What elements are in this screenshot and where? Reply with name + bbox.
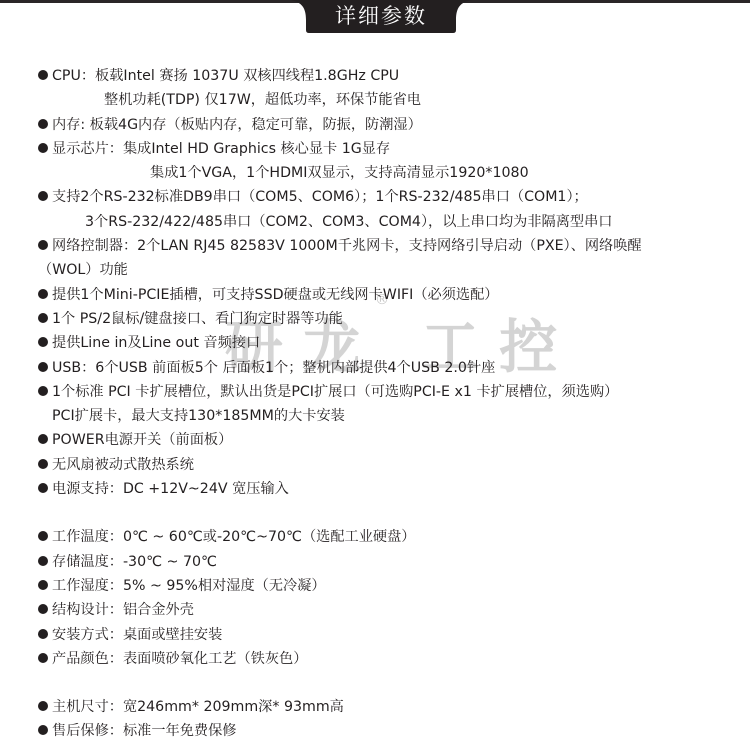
spec-serial: 支持2个RS-232标准DB9串口（COM5、COM6）；1个RS-232/48… <box>38 185 738 209</box>
spec-text: （WOL）功能 <box>38 262 128 278</box>
spec-text: 显示芯片：集成Intel HD Graphics 核心显卡 1G显存 <box>52 141 390 157</box>
bullet-icon <box>38 556 48 566</box>
spec-color: 产品颜色：表面喷砂氧化工艺（铁灰色） <box>38 647 738 671</box>
bullet-icon <box>38 143 48 153</box>
bullet-icon <box>38 434 48 444</box>
spec-storage-temp: 存储温度：-30℃ ~ 70℃ <box>38 550 738 574</box>
bullet-icon <box>38 362 48 372</box>
spec-text: 内存: 板载4G内存（板贴内存，稳定可靠，防振，防潮湿） <box>52 117 422 133</box>
bullet-icon <box>38 240 48 250</box>
spacer <box>38 671 738 695</box>
bullet-icon <box>38 483 48 493</box>
spec-text: CPU：板载Intel 赛扬 1037U 双核四线程1.8GHz CPU <box>52 68 399 84</box>
spec-text: 安装方式：桌面或壁挂安装 <box>52 627 222 643</box>
spec-dimensions: 主机尺寸：宽246mm* 209mm深* 93mm高 <box>38 695 738 719</box>
spec-warranty: 售后保修：标准一年免费保修 <box>38 719 738 743</box>
spacer <box>38 501 738 525</box>
spec-network-cont: （WOL）功能 <box>38 258 738 282</box>
spec-ps2: 1个 PS/2鼠标/键盘接口、看门狗定时器等功能 <box>38 307 738 331</box>
spec-cooling: 无风扇被动式散热系统 <box>38 453 738 477</box>
spec-text: 存储温度：-30℃ ~ 70℃ <box>52 554 217 570</box>
spec-text: 网络控制器：2个LAN RJ45 82583V 1000M千兆网卡，支持网络引导… <box>52 238 642 254</box>
bullet-icon <box>38 653 48 663</box>
spec-text: POWER电源开关（前面板） <box>52 432 232 448</box>
spec-minipcie: 提供1个Mini-PCIE插槽，可支持SSD硬盘或无线网卡WIFI（必须选配） <box>38 283 738 307</box>
bullet-icon <box>38 386 48 396</box>
spec-text: 电源支持：DC +12V~24V 宽压输入 <box>52 481 289 497</box>
bullet-icon <box>38 629 48 639</box>
bullet-icon <box>38 531 48 541</box>
bullet-icon <box>38 289 48 299</box>
spec-text: 售后保修：标准一年免费保修 <box>52 723 236 739</box>
bullet-icon <box>38 119 48 129</box>
spec-text: 结构设计：铝合金外壳 <box>52 602 194 618</box>
spec-power-supply: 电源支持：DC +12V~24V 宽压输入 <box>38 477 738 501</box>
bullet-icon <box>38 604 48 614</box>
spec-text: PCI扩展卡，最大支持130*185MM的大卡安装 <box>52 408 345 424</box>
bullet-icon <box>38 337 48 347</box>
spec-graphics: 显示芯片：集成Intel HD Graphics 核心显卡 1G显存 <box>38 137 738 161</box>
spec-text: 提供Line in及Line out 音频接口 <box>52 335 260 351</box>
spec-text: 整机功耗(TDP) 仅17W，超低功率，环保节能省电 <box>104 92 421 108</box>
spec-text: 支持2个RS-232标准DB9串口（COM5、COM6）；1个RS-232/48… <box>52 189 588 205</box>
spec-list: CPU：板载Intel 赛扬 1037U 双核四线程1.8GHz CPU 整机功… <box>38 64 738 744</box>
bullet-icon <box>38 313 48 323</box>
spec-text: USB：6个USB 前面板5个 后面板1个；整机内部提供4个USB 2.0针座 <box>52 360 495 376</box>
spec-pci: 1个标准 PCI 卡扩展槽位，默认出货是PCI扩展口（可选购PCI-E x1 卡… <box>38 380 738 404</box>
spec-text: 提供1个Mini-PCIE插槽，可支持SSD硬盘或无线网卡WIFI（必须选配） <box>52 287 499 303</box>
bullet-icon <box>38 459 48 469</box>
bullet-icon <box>38 191 48 201</box>
spec-text: 工作温度：0℃ ~ 60℃或-20℃~70℃（选配工业硬盘） <box>52 529 415 545</box>
spec-text: 3个RS-232/422/485串口（COM2、COM3、COM4），以上串口均… <box>85 214 612 230</box>
spec-audio: 提供Line in及Line out 音频接口 <box>38 331 738 355</box>
spec-text: 工作湿度：5% ~ 95%相对湿度（无冷凝） <box>52 578 326 594</box>
bullet-icon <box>38 725 48 735</box>
spec-text: 1个标准 PCI 卡扩展槽位，默认出货是PCI扩展口（可选购PCI-E x1 卡… <box>52 384 618 400</box>
spec-network: 网络控制器：2个LAN RJ45 82583V 1000M千兆网卡，支持网络引导… <box>38 234 738 258</box>
spec-serial-cont: 3个RS-232/422/485串口（COM2、COM3、COM4），以上串口均… <box>38 210 738 234</box>
spec-usb: USB：6个USB 前面板5个 后面板1个；整机内部提供4个USB 2.0针座 <box>38 356 738 380</box>
spec-text: 无风扇被动式散热系统 <box>52 457 194 473</box>
section-title: 详细参数 <box>300 2 462 30</box>
spec-pci-cont: PCI扩展卡，最大支持130*185MM的大卡安装 <box>38 404 738 428</box>
spec-text: 产品颜色：表面喷砂氧化工艺（铁灰色） <box>52 651 307 667</box>
bullet-icon <box>38 580 48 590</box>
spec-structure: 结构设计：铝合金外壳 <box>38 598 738 622</box>
spec-cpu: CPU：板载Intel 赛扬 1037U 双核四线程1.8GHz CPU <box>38 64 738 88</box>
spec-text: 主机尺寸：宽246mm* 209mm深* 93mm高 <box>52 699 344 715</box>
bullet-icon <box>38 70 48 80</box>
spec-text: 1个 PS/2鼠标/键盘接口、看门狗定时器等功能 <box>52 311 343 327</box>
spec-memory: 内存: 板载4G内存（板贴内存，稳定可靠，防振，防潮湿） <box>38 113 738 137</box>
bullet-icon <box>38 701 48 711</box>
spec-graphics-cont: 集成1个VGA，1个HDMI双显示，支持高清显示1920*1080 <box>38 161 738 185</box>
spec-op-temp: 工作温度：0℃ ~ 60℃或-20℃~70℃（选配工业硬盘） <box>38 525 738 549</box>
spec-mounting: 安装方式：桌面或壁挂安装 <box>38 623 738 647</box>
spec-humidity: 工作湿度：5% ~ 95%相对湿度（无冷凝） <box>38 574 738 598</box>
spec-cpu-cont: 整机功耗(TDP) 仅17W，超低功率，环保节能省电 <box>38 88 738 112</box>
spec-power-switch: POWER电源开关（前面板） <box>38 428 738 452</box>
section-header-banner: 详细参数 <box>300 0 462 33</box>
spec-text: 集成1个VGA，1个HDMI双显示，支持高清显示1920*1080 <box>150 165 529 181</box>
